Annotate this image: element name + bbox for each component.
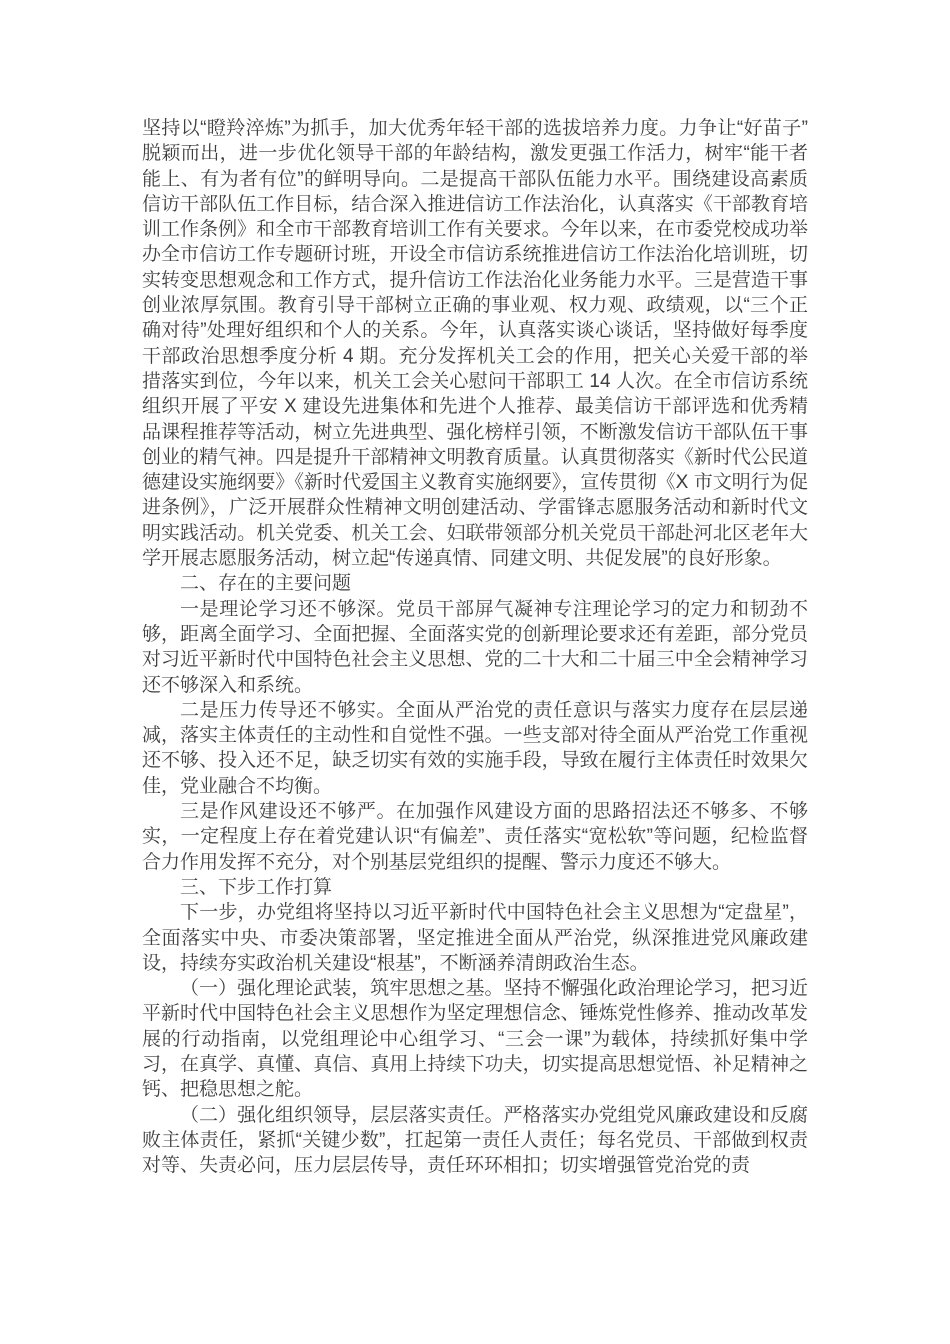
paragraph-body: （一）强化理论武装，筑牢思想之基。坚持不懈强化政治理论学习，把习近平新时代中国特… xyxy=(142,976,808,1102)
paragraph-body-continuation: 坚持以“瞪羚淬炼”为抓手，加大优秀年轻干部的选拔培养力度。力争让“好苗子”脱颖而… xyxy=(142,116,808,571)
document-content: 坚持以“瞪羚淬炼”为抓手，加大优秀年轻干部的选拔培养力度。力争让“好苗子”脱颖而… xyxy=(142,116,808,1178)
paragraph-body: （二）强化组织领导，层层落实责任。严格落实办党组党风廉政建设和反腐败主体责任，紧… xyxy=(142,1103,808,1179)
paragraph-section-heading: 三、下步工作打算 xyxy=(142,875,808,900)
paragraph-body: 二是压力传导还不够实。全面从严治党的责任意识与落实力度存在层层递减，落实主体责任… xyxy=(142,698,808,799)
paragraph-body: 三是作风建设还不够严。在加强作风建设方面的思路招法还不够多、不够实，一定程度上存… xyxy=(142,799,808,875)
document-page: 坚持以“瞪羚淬炼”为抓手，加大优秀年轻干部的选拔培养力度。力争让“好苗子”脱颖而… xyxy=(0,0,950,1344)
paragraph-section-heading: 二、存在的主要问题 xyxy=(142,571,808,596)
paragraph-body: 一是理论学习还不够深。党员干部屏气凝神专注理论学习的定力和韧劲不够，距离全面学习… xyxy=(142,597,808,698)
paragraph-body: 下一步，办党组将坚持以习近平新时代中国特色社会主义思想为“定盘星”，全面落实中央… xyxy=(142,900,808,976)
